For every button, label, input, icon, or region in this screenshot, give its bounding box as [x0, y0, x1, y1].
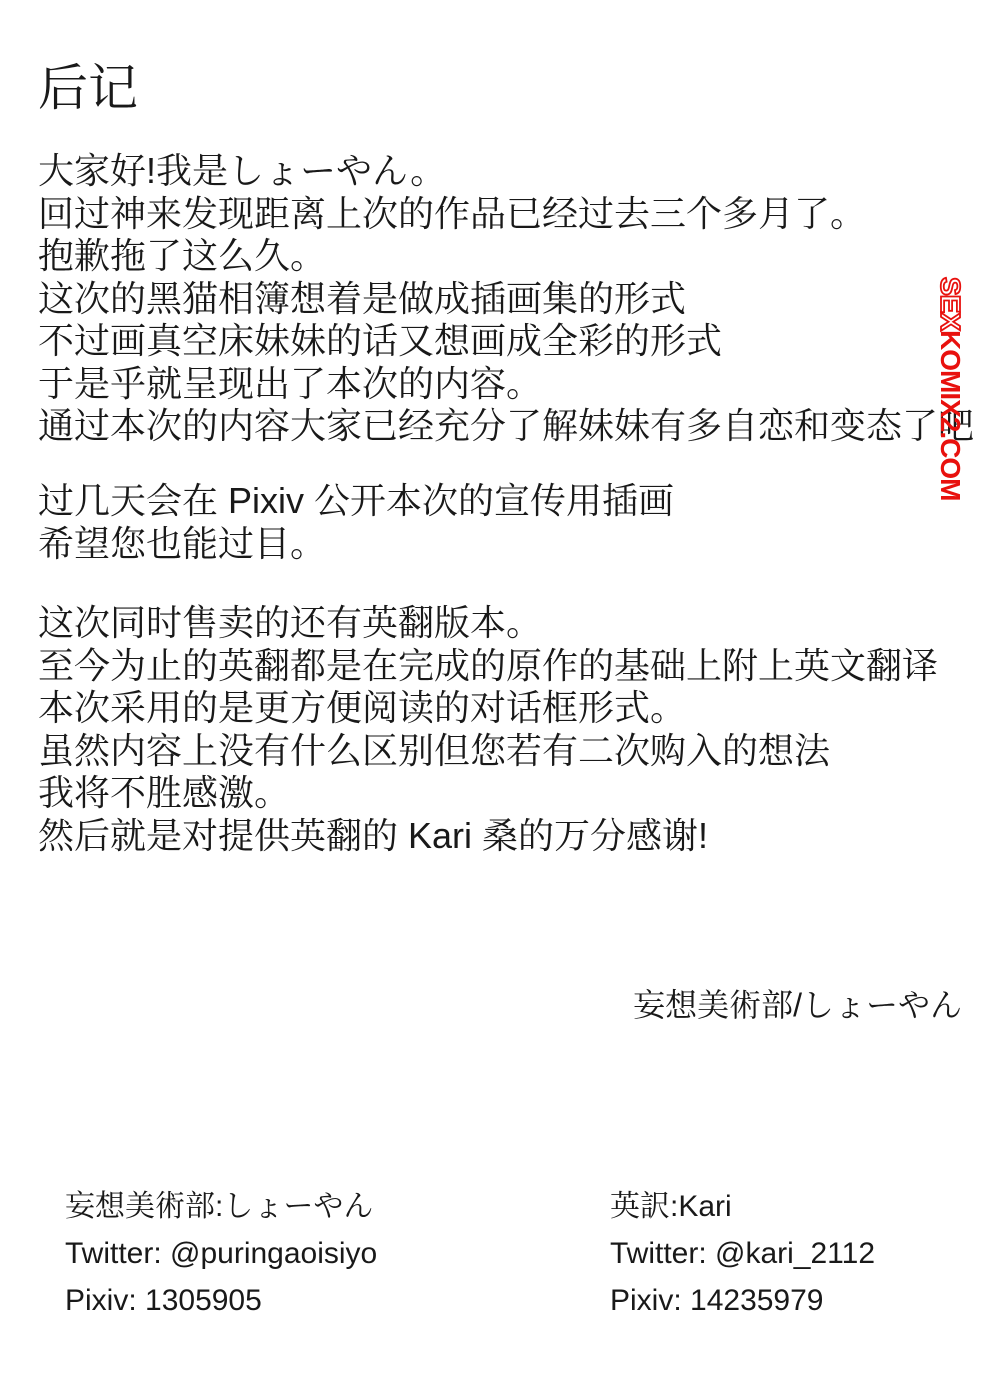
- afterword-line: 通过本次的内容大家已经充分了解妹妹有多自恋和变态了吧: [38, 405, 974, 448]
- afterword-line: 抱歉拖了这么久。: [38, 235, 974, 278]
- author-signature: 妄想美術部/しょーやん: [633, 985, 962, 1025]
- artist-twitter: Twitter: @puringaoisiyo: [65, 1230, 377, 1277]
- afterword-line: 本次采用的是更方便阅读的对话框形式。: [38, 687, 938, 730]
- afterword-line: 不过画真空床妹妹的话又想画成全彩的形式: [38, 320, 974, 363]
- artist-name: 妄想美術部:しょーやん: [65, 1183, 377, 1230]
- translator-twitter: Twitter: @kari_2112: [610, 1230, 875, 1277]
- paragraph-intro: 大家好!我是しょーやん。 回过神来发现距离上次的作品已经过去三个多月了。 抱歉拖…: [38, 150, 974, 448]
- watermark-solid-text: KOMIX2.COM: [935, 330, 966, 500]
- afterword-line: 这次同时售卖的还有英翻版本。: [38, 602, 938, 645]
- afterword-line: 回过神来发现距离上次的作品已经过去三个多月了。: [38, 193, 974, 236]
- afterword-line: 我将不胜感激。: [38, 772, 938, 815]
- footer-translator-credits: 英訳:Kari Twitter: @kari_2112 Pixiv: 14235…: [610, 1183, 875, 1324]
- translator-name: 英訳:Kari: [610, 1183, 875, 1230]
- paragraph-english-version: 这次同时售卖的还有英翻版本。 至今为止的英翻都是在完成的原作的基础上附上英文翻译…: [38, 602, 938, 857]
- afterword-line: 这次的黑猫相簿想着是做成插画集的形式: [38, 278, 974, 321]
- afterword-line: 于是乎就呈现出了本次的内容。: [38, 363, 974, 406]
- translator-pixiv: Pixiv: 14235979: [610, 1277, 875, 1324]
- afterword-line: 希望您也能过目。: [38, 523, 674, 566]
- paragraph-pixiv-announcement: 过几天会在 Pixiv 公开本次的宣传用插画 希望您也能过目。: [38, 480, 674, 565]
- afterword-page: 后记 大家好!我是しょーやん。 回过神来发现距离上次的作品已经过去三个多月了。 …: [0, 0, 1001, 1399]
- afterword-line: 然后就是对提供英翻的 Kari 桑的万分感谢!: [38, 815, 938, 858]
- watermark: SEXKOMIX2.COM: [934, 277, 966, 527]
- afterword-line: 至今为止的英翻都是在完成的原作的基础上附上英文翻译: [38, 645, 938, 688]
- afterword-line: 过几天会在 Pixiv 公开本次的宣传用插画: [38, 480, 674, 523]
- artist-pixiv: Pixiv: 1305905: [65, 1277, 377, 1324]
- afterword-line: 虽然内容上没有什么区别但您若有二次购入的想法: [38, 730, 938, 773]
- footer-artist-credits: 妄想美術部:しょーやん Twitter: @puringaoisiyo Pixi…: [65, 1183, 377, 1324]
- watermark-outline-text: SEX: [935, 277, 966, 330]
- page-title: 后记: [38, 58, 138, 118]
- afterword-line: 大家好!我是しょーやん。: [38, 150, 974, 193]
